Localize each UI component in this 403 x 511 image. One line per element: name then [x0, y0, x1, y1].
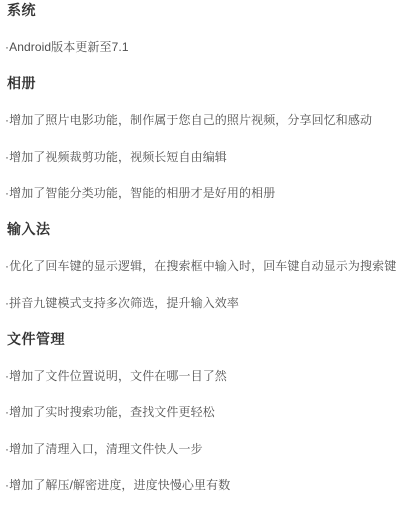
changelog-item-smart-classify: ·增加了智能分类功能，智能的相册才是好用的相册 [5, 175, 399, 212]
changelog-item-video-trim: ·增加了视频裁剪功能，视频长短自由编辑 [5, 138, 399, 175]
changelog-item-android-version: ·Android版本更新至7.1 [5, 29, 399, 66]
changelog-item-unzip-progress: ·增加了解压/解密进度，进度快慢心里有数 [5, 467, 399, 504]
section-title-file-manager: 文件管理 [5, 321, 399, 358]
section-title-gallery: 相册 [5, 65, 399, 102]
section-title-input-method: 输入法 [5, 211, 399, 248]
changelog-item-pinyin-9key: ·拼音九键模式支持多次筛选，提升输入效率 [5, 284, 399, 321]
changelog-item-cleaner-entry: ·增加了清理入口，清理文件快人一步 [5, 430, 399, 467]
changelog-item-realtime-search: ·增加了实时搜索功能，查找文件更轻松 [5, 394, 399, 431]
changelog: 系统 ·Android版本更新至7.1 相册 ·增加了照片电影功能，制作属于您自… [0, 0, 403, 503]
changelog-item-photo-movie: ·增加了照片电影功能，制作属于您自己的照片视频，分享回忆和感动 [5, 102, 399, 139]
section-title-system: 系统 [5, 0, 399, 29]
changelog-item-file-location: ·增加了文件位置说明，文件在哪一目了然 [5, 357, 399, 394]
changelog-item-enter-key: ·优化了回车键的显示逻辑，在搜索框中输入时，回车键自动显示为搜索键 [5, 248, 399, 285]
